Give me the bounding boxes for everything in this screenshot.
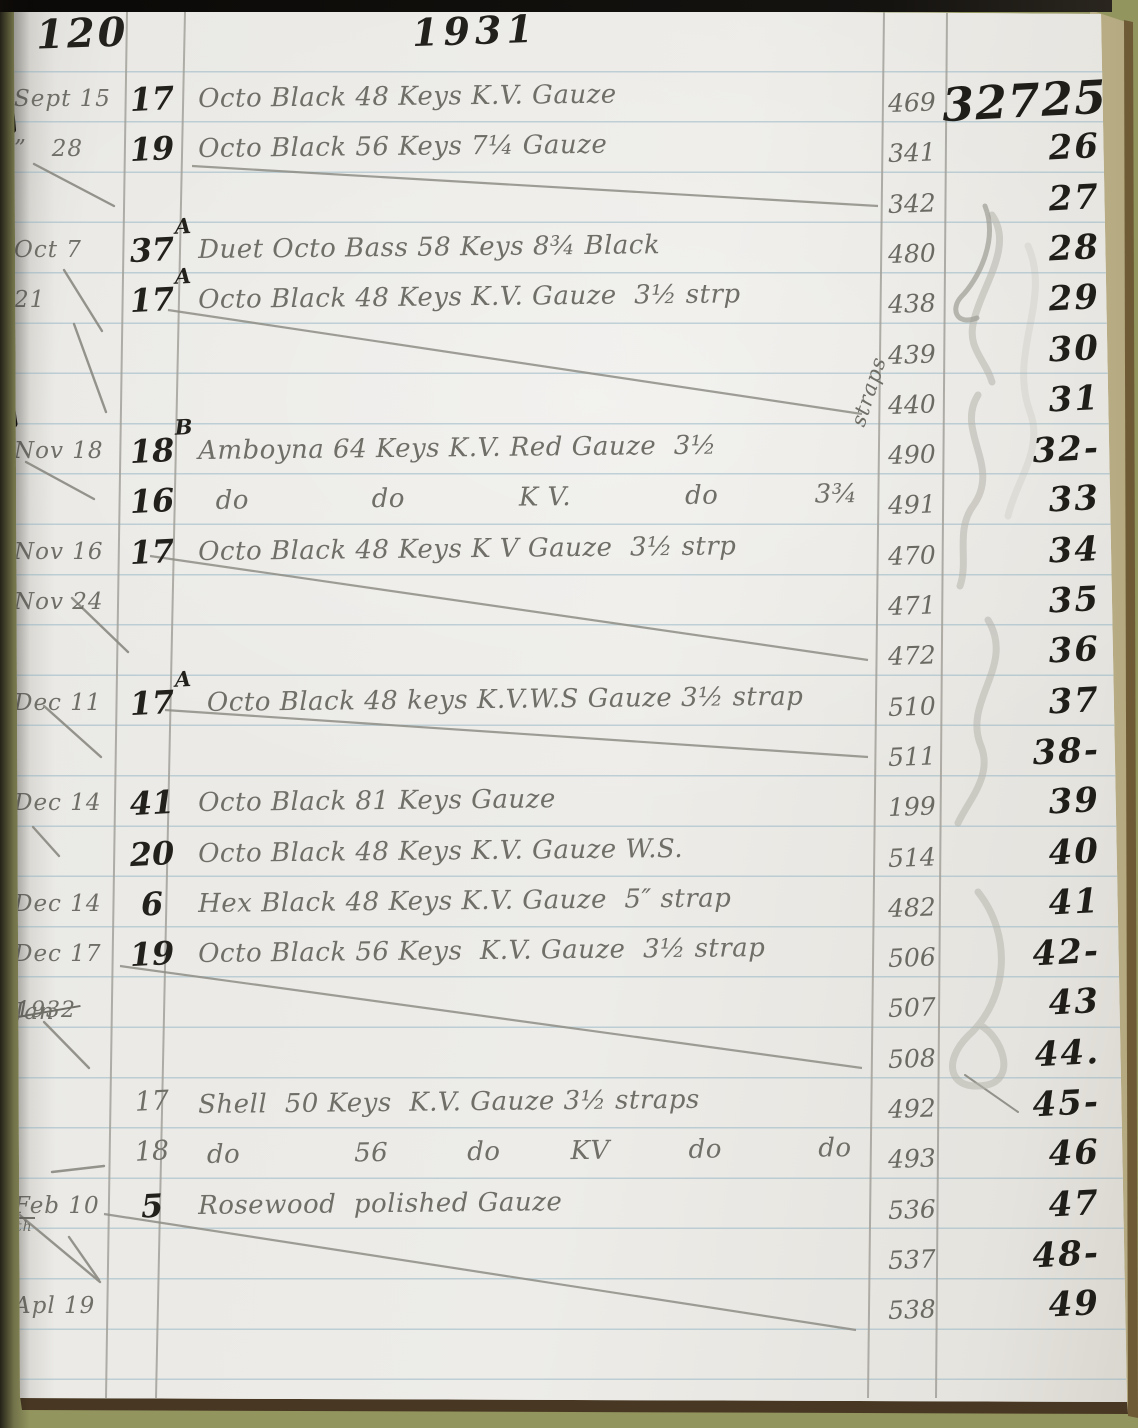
description-cell: Octo Black 56 Keys K.V. Gauze 3½ strap [198, 932, 888, 969]
catalog-number-cell: 472 [888, 640, 947, 671]
ledger-row: 51138- [0, 734, 1138, 786]
catalog-number-cell: 493 [888, 1143, 947, 1174]
quantity-superscript: A [174, 666, 192, 692]
catalog-number-cell: 510 [888, 691, 947, 722]
serial-number-cell: 43 [941, 981, 1101, 1029]
serial-number-cell: 26 [941, 126, 1101, 174]
serial-number-cell: 37 [941, 680, 1101, 728]
date-cell: Apl 19 [14, 1293, 122, 1319]
quantity-value: 37 [123, 230, 181, 271]
description-cell: Octo Black 48 keys K.V.W.S Gauze 3½ stra… [198, 681, 888, 718]
quantity-superscript: A [174, 263, 192, 289]
quantity-value: 17 [123, 280, 181, 321]
photo-top-edge [0, 0, 1112, 12]
catalog-number-cell: 469 [888, 87, 947, 118]
book-spine [0, 0, 30, 1428]
serial-number-cell: 44. [941, 1032, 1101, 1080]
description-cell: Amboyna 64 Keys K.V. Red Gauze 3½ [198, 429, 888, 466]
date-cell: Dec 14 [14, 790, 122, 816]
ledger-row: 47236 [0, 633, 1138, 685]
quantity-cell: 17A [123, 683, 181, 724]
ledger-row: Sept 1517Octo Black 48 Keys K.V. Gauze46… [0, 80, 1138, 132]
quantity-cell: 37A [123, 230, 181, 271]
catalog-number-cell: 536 [888, 1194, 947, 1225]
quantity-value: 17 [123, 1085, 181, 1119]
quantity-cell: 17 [123, 532, 181, 573]
ledger-row: 34227 [0, 181, 1138, 233]
ledger-row: Nov 2447135 [0, 583, 1138, 635]
description-cell: Octo Black 48 Keys K V Gauze 3½ strp [198, 530, 888, 567]
catalog-number-cell: 471 [888, 590, 947, 621]
ledger-page: 120 1931 straps Sept 1517Octo Black 48 K… [0, 0, 1138, 1428]
description-cell: Octo Black 48 Keys K.V. Gauze W.S. [198, 832, 888, 869]
quantity-value: 41 [123, 783, 181, 824]
catalog-number-cell: 506 [888, 942, 947, 973]
catalog-number-cell: 438 [888, 288, 947, 319]
serial-number-cell: 39 [941, 780, 1101, 828]
ledger-row: 50743 [0, 985, 1138, 1037]
quantity-value: 20 [123, 834, 181, 875]
quantity-cell: 18B [123, 431, 181, 472]
serial-number-cell: 49 [941, 1283, 1101, 1331]
quantity-value: 6 [123, 884, 181, 925]
quantity-value: 17 [123, 683, 181, 724]
serial-number-cell: 33 [941, 478, 1101, 526]
serial-number-cell: 32- [941, 428, 1101, 476]
date-text: Dec 17 [14, 941, 122, 967]
quantity-value: 5 [123, 1186, 181, 1227]
ledger-row: 20Octo Black 48 Keys K.V. Gauze W.S.5144… [0, 835, 1138, 887]
scanned-ledger-page: 120 1931 straps Sept 1517Octo Black 48 K… [0, 0, 1138, 1428]
description-cell: Octo Black 56 Keys 7¼ Gauze [198, 127, 888, 164]
ledger-row: 17Shell 50 Keys K.V. Gauze 3½ straps4924… [0, 1086, 1138, 1138]
date-cell: Nov 24 [14, 589, 122, 615]
date-cell: Nov 16 [14, 539, 122, 565]
catalog-number-cell: 538 [888, 1294, 947, 1325]
quantity-superscript: B [174, 414, 193, 440]
ledger-row: ” 2819Octo Black 56 Keys 7¼ Gauze34126 [0, 130, 1138, 182]
date-text: ” 28 [14, 136, 122, 162]
ledger-row: 44031 [0, 382, 1138, 434]
catalog-number-cell: 537 [888, 1244, 947, 1275]
date-text: Dec 14 [14, 790, 122, 816]
ledger-rows: Sept 1517Octo Black 48 Keys K.V. Gauze46… [0, 0, 1138, 1428]
date-text: Nov 24 [14, 589, 122, 615]
ledger-row: Dec 171932Jan19Octo Black 56 Keys K.V. G… [0, 935, 1138, 987]
quantity-value: 18 [123, 431, 181, 472]
description-cell: Hex Black 48 Keys K.V. Gauze 5″ strap [198, 882, 888, 919]
description-cell: Octo Black 81 Keys Gauze [198, 781, 888, 818]
serial-number-cell: 48- [941, 1233, 1101, 1281]
date-cell: Oct 7 [14, 237, 122, 263]
catalog-number-cell: 508 [888, 1043, 947, 1074]
quantity-cell: 17 [123, 1085, 181, 1119]
quantity-cell: 17 [123, 79, 181, 120]
catalog-number-cell: 490 [888, 439, 947, 470]
quantity-value: 19 [123, 934, 181, 975]
quantity-value: 19 [123, 129, 181, 170]
serial-number-cell: 28 [941, 227, 1101, 275]
catalog-number-cell: 514 [888, 842, 947, 873]
date-cell: Sept 15 [14, 86, 122, 112]
quantity-superscript: A [174, 213, 192, 239]
ledger-row: Nov 1617Octo Black 48 Keys K V Gauze 3½ … [0, 533, 1138, 585]
quantity-cell: 41 [123, 783, 181, 824]
catalog-number-cell: 511 [888, 741, 947, 772]
serial-number-cell: 35 [941, 579, 1101, 627]
quantity-cell: 18 [123, 1135, 181, 1169]
quantity-cell: 16 [123, 481, 181, 522]
ledger-row: 50844. [0, 1036, 1138, 1088]
serial-number-cell: 29 [941, 277, 1101, 325]
serial-number-cell: 34 [941, 529, 1101, 577]
catalog-number-cell: 440 [888, 389, 947, 420]
date-cell: ” 28 [14, 136, 122, 162]
description-cell: do do K V. do 3¾ [198, 479, 888, 516]
quantity-cell: 20 [123, 834, 181, 875]
date-cell: Nov 18 [14, 438, 122, 464]
quantity-value: 16 [123, 481, 181, 522]
catalog-number-cell: 492 [888, 1093, 947, 1124]
quantity-value: 17 [123, 79, 181, 120]
serial-number-cell: 40 [941, 831, 1101, 879]
catalog-number-cell: 480 [888, 238, 947, 269]
catalog-number-cell: 507 [888, 992, 947, 1023]
date-text: 21 [14, 287, 122, 313]
date-text: Feb 10 [14, 1193, 122, 1219]
catalog-number-cell: 470 [888, 540, 947, 571]
catalog-number-cell: 439 [888, 339, 947, 370]
serial-number-cell: 27 [941, 177, 1101, 225]
catalog-number-cell: 341 [888, 137, 947, 168]
serial-number-cell: 32725 [941, 70, 1102, 132]
serial-number-cell: 31 [941, 378, 1101, 426]
ledger-row: Nov 1818BAmboyna 64 Keys K.V. Red Gauze … [0, 432, 1138, 484]
date-text: Dec 14 [14, 891, 122, 917]
serial-number-cell: 38- [941, 730, 1101, 778]
date-cell: 21 [14, 287, 122, 313]
serial-number-cell: 30 [941, 328, 1101, 376]
date-text: Nov 18 [14, 438, 122, 464]
quantity-cell: 6 [123, 884, 181, 925]
ledger-row: Dec 146Hex Black 48 Keys K.V. Gauze 5″ s… [0, 885, 1138, 937]
ledger-row: 16 do do K V. do 3¾49133 [0, 482, 1138, 534]
date-text: Sept 15 [14, 86, 122, 112]
quantity-value: 18 [123, 1135, 181, 1169]
catalog-number-cell: 491 [888, 489, 947, 520]
ledger-row: 43930 [0, 332, 1138, 384]
ledger-row: Feb 10th5Rosewood polished Gauze53647 [0, 1187, 1138, 1239]
description-cell: Shell 50 Keys K.V. Gauze 3½ straps [198, 1083, 888, 1120]
quantity-cell: 19 [123, 129, 181, 170]
quantity-value: 17 [123, 532, 181, 573]
ledger-row: Dec 1117A Octo Black 48 keys K.V.W.S Gau… [0, 684, 1138, 736]
ledger-row: Apl 1953849 [0, 1287, 1138, 1339]
date-text: Nov 16 [14, 539, 122, 565]
ledger-row: Oct 737ADuet Octo Bass 58 Keys 8¾ Black4… [0, 231, 1138, 283]
serial-number-cell: 45- [941, 1082, 1101, 1130]
date-cell: Dec 14 [14, 891, 122, 917]
description-cell: Rosewood polished Gauze [198, 1184, 888, 1221]
serial-number-cell: 46 [941, 1132, 1101, 1180]
description-cell: Octo Black 48 Keys K.V. Gauze 3½ strp [198, 278, 888, 315]
date-text: Apl 19 [14, 1293, 122, 1319]
catalog-number-cell: 482 [888, 892, 947, 923]
serial-number-cell: 47 [941, 1183, 1101, 1231]
serial-number-cell: 42- [941, 931, 1101, 979]
ledger-row: 18 do 56 do KV do do49346 [0, 1136, 1138, 1188]
quantity-cell: 19 [123, 934, 181, 975]
serial-number-cell: 41 [941, 881, 1101, 929]
description-cell: Duet Octo Bass 58 Keys 8¾ Black [198, 228, 888, 265]
quantity-cell: 17A [123, 280, 181, 321]
catalog-number-cell: 199 [888, 791, 947, 822]
catalog-number-cell: 342 [888, 188, 947, 219]
date-text: Dec 11 [14, 690, 122, 716]
description-cell: Octo Black 48 Keys K.V. Gauze [198, 77, 888, 114]
ledger-row: 53748- [0, 1237, 1138, 1289]
description-cell: do 56 do KV do do [198, 1133, 888, 1170]
serial-number-cell: 36 [941, 629, 1101, 677]
date-text: Oct 7 [14, 237, 122, 263]
date-cell: Dec 11 [14, 690, 122, 716]
ledger-row: 2117AOcto Black 48 Keys K.V. Gauze 3½ st… [0, 281, 1138, 333]
quantity-cell: 5 [123, 1186, 181, 1227]
ledger-row: Dec 1441Octo Black 81 Keys Gauze19939 [0, 784, 1138, 836]
